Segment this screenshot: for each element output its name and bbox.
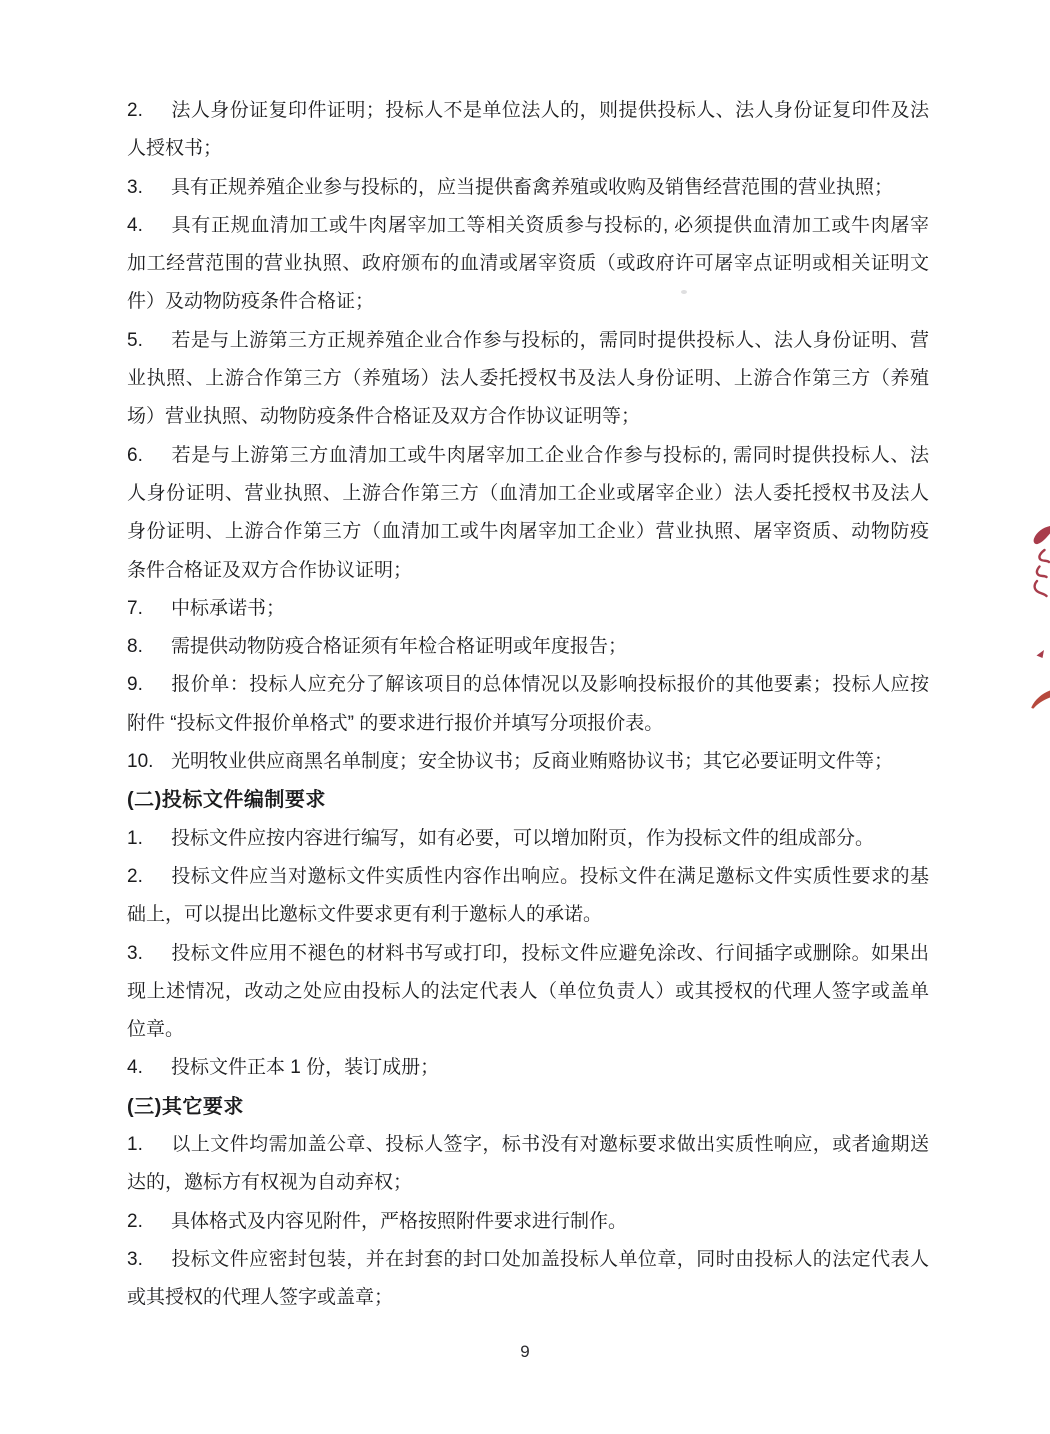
item-number: 2. xyxy=(127,92,171,130)
red-handwritten-script-mark xyxy=(1035,550,1049,596)
numbered-item-line: 1.以上文件均需加盖公章、投标人签字，标书没有对邀标要求做出实质性响应，或者逾期… xyxy=(127,1126,929,1164)
numbered-item-line: 4.投标文件正本 1 份，装订成册； xyxy=(127,1049,929,1087)
continuation-line: 件）及动物防疫条件合格证； xyxy=(127,283,929,321)
numbered-item-line: 3.具有正规养殖企业参与投标的，应当提供畜禽养殖或收购及销售经营范围的营业执照； xyxy=(127,169,929,207)
continuation-line: 达的，邀标方有权视为自动弃权； xyxy=(127,1164,929,1202)
item-number: 3. xyxy=(127,935,171,973)
continuation-line: 人授权书； xyxy=(127,130,929,168)
numbered-item-line: 9.报价单：投标人应充分了解该项目的总体情况以及影响投标报价的其他要素；投标人应… xyxy=(127,666,929,704)
item-number: 8. xyxy=(127,628,171,666)
item-number: 2. xyxy=(127,1203,171,1241)
item-number: 1. xyxy=(127,820,171,858)
item-number: 1. xyxy=(127,1126,171,1164)
page-number: 9 xyxy=(0,1342,1050,1362)
item-number: 3. xyxy=(127,1241,171,1279)
continuation-line: 现上述情况，改动之处应由投标人的法定代表人（单位负责人）或其授权的代理人签字或盖… xyxy=(127,973,929,1011)
continuation-line: 人身份证明、营业执照、上游合作第三方（血清加工企业或屠宰企业）法人委托授权书及法… xyxy=(127,475,929,513)
red-comma-stroke-mark xyxy=(1034,526,1050,544)
continuation-line: 附件 “投标文件报价单格式” 的要求进行报价并填写分项报价表。 xyxy=(127,705,929,743)
continuation-line: 条件合格证及双方合作协议证明； xyxy=(127,552,929,590)
numbered-item-line: 10.光明牧业供应商黑名单制度；安全协议书；反商业贿赂协议书；其它必要证明文件等… xyxy=(127,743,929,781)
section-heading: (二)投标文件编制要求 xyxy=(127,781,929,819)
numbered-item-line: 2.投标文件应当对邀标文件实质性内容作出响应。投标文件在满足邀标文件实质性要求的… xyxy=(127,858,929,896)
numbered-item-line: 2.法人身份证复印件证明；投标人不是单位法人的，则提供投标人、法人身份证复印件及… xyxy=(127,92,929,130)
continuation-line: 业执照、上游合作第三方（养殖场）法人委托授权书及法人身份证明、上游合作第三方（养… xyxy=(127,360,929,398)
item-number: 4. xyxy=(127,1049,171,1087)
numbered-item-line: 6.若是与上游第三方血清加工或牛肉屠宰加工企业合作参与投标的, 需同时提供投标人… xyxy=(127,437,929,475)
section-heading: (三)其它要求 xyxy=(127,1088,929,1126)
item-number: 5. xyxy=(127,322,171,360)
continuation-line: 础上，可以提出比邀标文件要求更有利于邀标人的承诺。 xyxy=(127,896,929,934)
item-number: 2. xyxy=(127,858,171,896)
item-number: 9. xyxy=(127,666,171,704)
item-number: 10. xyxy=(127,743,171,781)
continuation-line: 场）营业执照、动物防疫条件合格证及双方合作协议证明等； xyxy=(127,398,929,436)
document-text-block: 2.法人身份证复印件证明；投标人不是单位法人的，则提供投标人、法人身份证复印件及… xyxy=(127,92,929,1318)
item-number: 4. xyxy=(127,207,171,245)
item-number: 3. xyxy=(127,169,171,207)
continuation-line: 或其授权的代理人签字或盖章； xyxy=(127,1279,929,1317)
item-number: 7. xyxy=(127,590,171,628)
scan-artifact-speck xyxy=(681,290,687,294)
continuation-line: 身份证明、上游合作第三方（血清加工或牛肉屠宰加工企业）营业执照、屠宰资质、动物防… xyxy=(127,513,929,551)
numbered-item-line: 2.具体格式及内容见附件，严格按照附件要求进行制作。 xyxy=(127,1203,929,1241)
numbered-item-line: 5.若是与上游第三方正规养殖企业合作参与投标的，需同时提供投标人、法人身份证明、… xyxy=(127,322,929,360)
continuation-line: 位章。 xyxy=(127,1011,929,1049)
numbered-item-line: 4.具有正规血清加工或牛肉屠宰加工等相关资质参与投标的, 必须提供血清加工或牛肉… xyxy=(127,207,929,245)
item-number: 6. xyxy=(127,437,171,475)
numbered-item-line: 7.中标承诺书； xyxy=(127,590,929,628)
red-small-tick-mark xyxy=(1037,650,1045,658)
numbered-item-line: 1.投标文件应按内容进行编写，如有必要，可以增加附页，作为投标文件的组成部分。 xyxy=(127,820,929,858)
numbered-item-line: 3.投标文件应用不褪色的材料书写或打印，投标文件应避免涂改、行间插字或删除。如果… xyxy=(127,935,929,973)
red-brush-swoosh-mark xyxy=(1031,691,1050,709)
numbered-item-line: 8.需提供动物防疫合格证须有年检合格证明或年度报告； xyxy=(127,628,929,666)
document-page: 2.法人身份证复印件证明；投标人不是单位法人的，则提供投标人、法人身份证复印件及… xyxy=(0,0,1050,1434)
continuation-line: 加工经营范围的营业执照、政府颁布的血清或屠宰资质（或政府许可屠宰点证明或相关证明… xyxy=(127,245,929,283)
numbered-item-line: 3.投标文件应密封包装，并在封套的封口处加盖投标人单位章，同时由投标人的法定代表… xyxy=(127,1241,929,1279)
